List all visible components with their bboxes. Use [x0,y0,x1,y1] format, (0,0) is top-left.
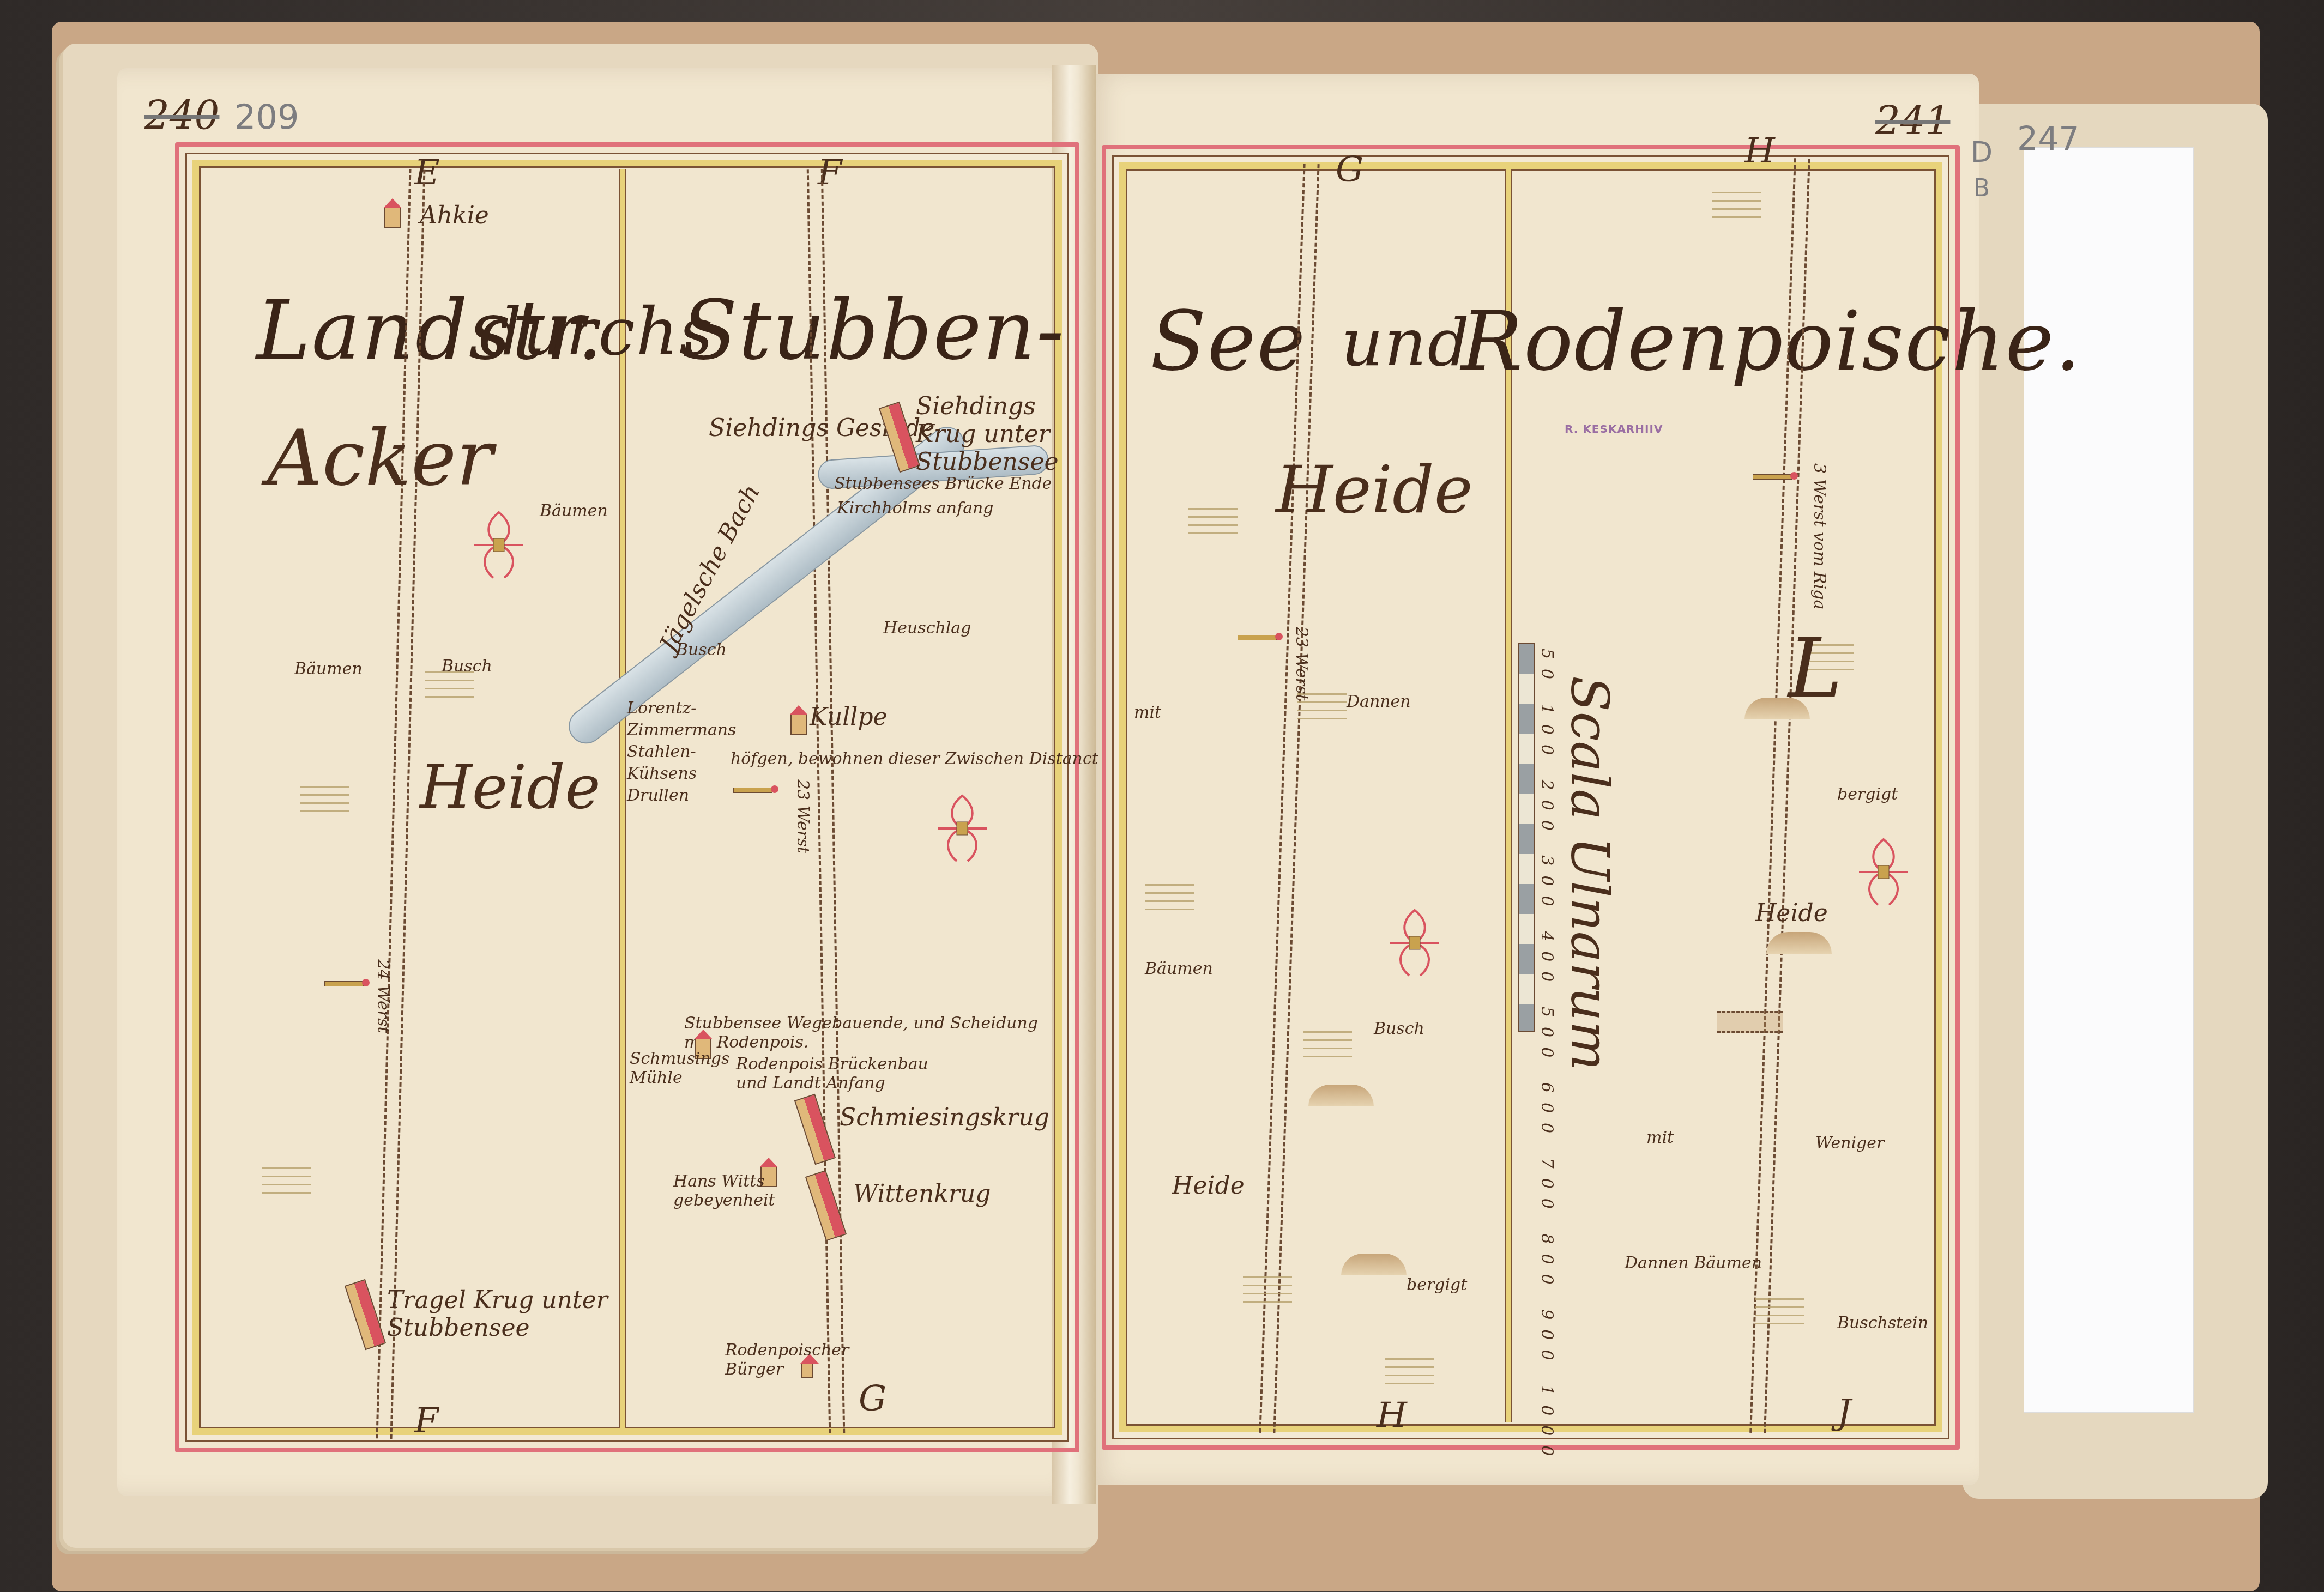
hills-label-strip-3: bergigt [1407,1275,1467,1294]
scale-ticks: 50 100 200 300 400 500 600 700 800 900 1… [1537,649,1556,1466]
scale-tick: 300 [1537,855,1556,916]
route-letter-h-bottom: H [1377,1395,1407,1436]
route-letter-g-top: G [1336,150,1363,190]
right-page-number-ink: 241 [1875,98,1950,144]
heath-2-strip-3: Heide [1172,1172,1245,1200]
weniger-label: Weniger [1815,1134,1884,1153]
inn-wittenkrug: Wittenkrug [853,1180,991,1208]
scale-tick: 600 [1537,1082,1556,1143]
marsh-symbol [425,665,474,698]
archive-stamp: R. KESKARHIIV [1565,422,1663,435]
house-icon-kullpe [790,714,807,735]
route-letter-h-top: H [1744,131,1775,171]
house-icon-ahkie [384,207,401,228]
milepost-label-strip-2: 23 Werst [793,779,812,853]
pencil-mark-b: B [1973,174,1990,202]
village-ahkie: Ahkie [420,202,489,229]
bush-label-strip-3: Busch [1374,1019,1424,1038]
marsh-symbol [1385,1352,1434,1384]
compass-word: Bäumen [540,501,608,520]
marsh-symbol [1303,1025,1352,1057]
inn-tragel: Tragel Krug unter Stubbensee [387,1286,616,1342]
heuschlag-label: Heuschlag [883,619,971,638]
gesinde-stahlen: Stahlen- [627,741,736,763]
kirchholm-boundary-note: Kirchholms anfang [837,499,994,518]
bridge-note: Stubbensees Brücke Ende [834,474,1052,493]
bush-label-strip-4: Buschstein [1837,1313,1928,1333]
scale-title: Scala Ulnarum [1559,676,1620,1071]
gesinde-kuehsens: Kühsens [627,763,736,785]
milepost-label-strip-1: 24 Werst [373,959,393,1033]
trees-label-strip-4: Dannen Bäumen [1625,1254,1762,1273]
scale-tick: 800 [1537,1233,1556,1294]
scale-tick: 200 [1537,780,1556,840]
left-page-number-pencil: 209 [234,97,299,137]
scale-tick: 100 [1537,704,1556,765]
gesinde-zimmermans: Zimmermans [627,719,736,741]
marsh-symbol [1188,501,1238,534]
trees-label-strip-3: Dannen [1347,692,1411,711]
title-word-3: Stubben- [681,283,1065,378]
village-kullpe: Kullpe [810,703,888,731]
gesinde-note: höfgen, bewohnen dieser Zwischen Distanc… [731,749,1098,768]
title-word-5: und [1341,305,1470,381]
marsh-symbol [1243,1270,1292,1303]
route-letter-g-bottom: G [859,1379,886,1419]
with-word-strip-3: mit [1134,703,1161,722]
title-word-2: durchs [480,294,714,370]
heath-label-strip-4: Heide [1755,899,1828,927]
scale-tick: 500 [1537,1007,1556,1067]
milepost-label-strip-3: 23 Werst [1292,627,1311,701]
hill-symbol [1341,1254,1407,1275]
title-word-6: Rodenpoische. [1461,294,2082,389]
gesinde-lorentz: Lorentz- [627,698,736,719]
trees-label: Bäumen [294,659,363,679]
scale-tick: 900 [1537,1309,1556,1370]
title-word-4: See [1150,294,1306,389]
gesinde-drullen: Drullen [627,785,736,807]
bush-label-strip-2: Busch [676,640,727,659]
scale-tick: 400 [1537,931,1556,991]
compass-rose-icon-3 [1385,905,1445,981]
trees-label-2-strip-3: Bäumen [1145,959,1213,978]
milepost-label-strip-4: 3 Werst vom Riga [1810,463,1829,609]
pencil-mark-d: D [1971,136,1993,169]
left-page-number-ink: 240 [144,93,219,138]
route-letter-f-bottom: F [414,1401,438,1441]
hill-symbol [1766,932,1832,954]
with-word-strip-4: mit [1646,1128,1674,1147]
lake-boundary-note: Stubbensee Wegebauende, und Scheidung mi… [684,1014,1066,1052]
marsh-symbol [1712,185,1761,218]
compass-rose-icon-1 [469,507,529,583]
compass-rose-icon-2 [932,790,992,867]
rodenpoischer-buerger: Rodenpoischer Bürger [725,1341,812,1379]
heath-label-strip-3: Heide [1276,452,1473,528]
hans-witts-gesinde: Hans Witts gebeyenheit [673,1172,793,1210]
marsh-symbol [1755,1292,1804,1324]
milepost-strip-1 [324,981,364,986]
inn-schmiesingskrug: Schmiesingskrug [840,1104,1049,1131]
hill-symbol [1744,698,1810,719]
hill-label-strip-4: bergigt [1837,785,1898,804]
route-letter-j-bottom: J [1837,1393,1851,1433]
schmusings-mill: Schmusings Mühle [630,1049,695,1087]
milepost-strip-4 [1753,474,1792,480]
bridge-symbol [1717,1011,1783,1033]
milepost-strip-3 [1238,635,1277,640]
gesinde-list: Lorentz- Zimmermans Stahlen- Kühsens Dru… [627,698,736,807]
compass-rose-icon-4 [1854,834,1913,910]
scale-tick: 700 [1537,1158,1556,1219]
marsh-symbol [262,1161,311,1194]
hill-symbol [1308,1085,1374,1106]
field-word-acker: Acker [267,414,493,503]
inn-siehdings: Siehdings Krug unter Stubbensee [916,392,1058,476]
scale-tick: 50 [1537,649,1556,689]
rodenpois-note: Rodenpois Brückenbau und Landt Anfang [736,1055,965,1093]
scale-bar [1518,643,1535,1032]
heath-label: Heide [420,752,601,822]
underlying-page-number: 247 [2017,120,2080,158]
milepost-strip-2 [733,788,772,793]
marsh-symbol [1145,877,1194,910]
marsh-symbol [300,779,349,812]
scale-tick: 1000 [1537,1385,1556,1466]
